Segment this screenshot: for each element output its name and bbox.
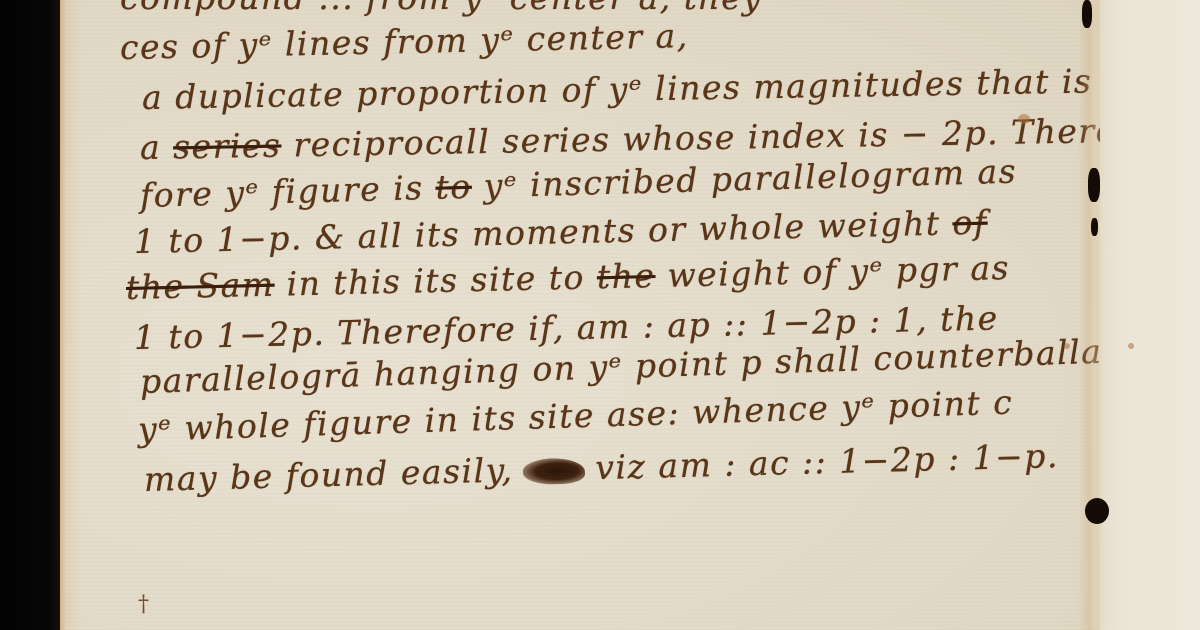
paper-stain — [1018, 114, 1030, 124]
line-text: a — [140, 127, 174, 167]
line-text: fore yᵉ figure is — [139, 168, 436, 215]
dark-background-margin — [0, 0, 62, 630]
line-text: weight of yᵉ pgr as — [655, 248, 1010, 295]
line-text: ces of yᵉ lines from yᵉ center a, — [120, 16, 689, 67]
line-text: in this its site to — [274, 257, 597, 303]
line-text: compound ... from yᵉ center a, they — [120, 0, 762, 17]
margin-mark: † — [138, 592, 149, 617]
binding-hole — [1082, 0, 1092, 28]
binding-hole — [1085, 498, 1109, 524]
line-text: viz am : ac :: 1−2p : 1−p. — [595, 436, 1060, 487]
struck-word: the Sam — [126, 265, 275, 307]
struck-word: of — [952, 203, 988, 243]
struck-word: to — [435, 167, 472, 207]
manuscript-page: compound ... from yᵉ center a, they ces … — [60, 0, 1100, 630]
line-text: a duplicate proportion of yᵉ lines magni… — [142, 61, 1093, 117]
ink-blot — [523, 457, 586, 485]
paper-stain — [1064, 343, 1070, 349]
struck-word: series — [173, 126, 282, 167]
manuscript-line-10: may be found easily,viz am : ac :: 1−2p … — [143, 436, 1059, 499]
line-text: may be found easily, — [143, 450, 513, 499]
manuscript-line-2: a duplicate proportion of yᵉ lines magni… — [142, 61, 1093, 117]
struck-word: the — [596, 256, 655, 296]
manuscript-line-1: ces of yᵉ lines from yᵉ center a, — [120, 16, 689, 67]
binding-hole — [1088, 168, 1100, 202]
paper-stain — [1128, 343, 1134, 349]
adjacent-page-leaf — [1100, 0, 1200, 630]
binding-gutter — [1078, 0, 1106, 630]
binding-hole — [1091, 218, 1098, 236]
manuscript-line-0: compound ... from yᵉ center a, they — [120, 0, 762, 17]
